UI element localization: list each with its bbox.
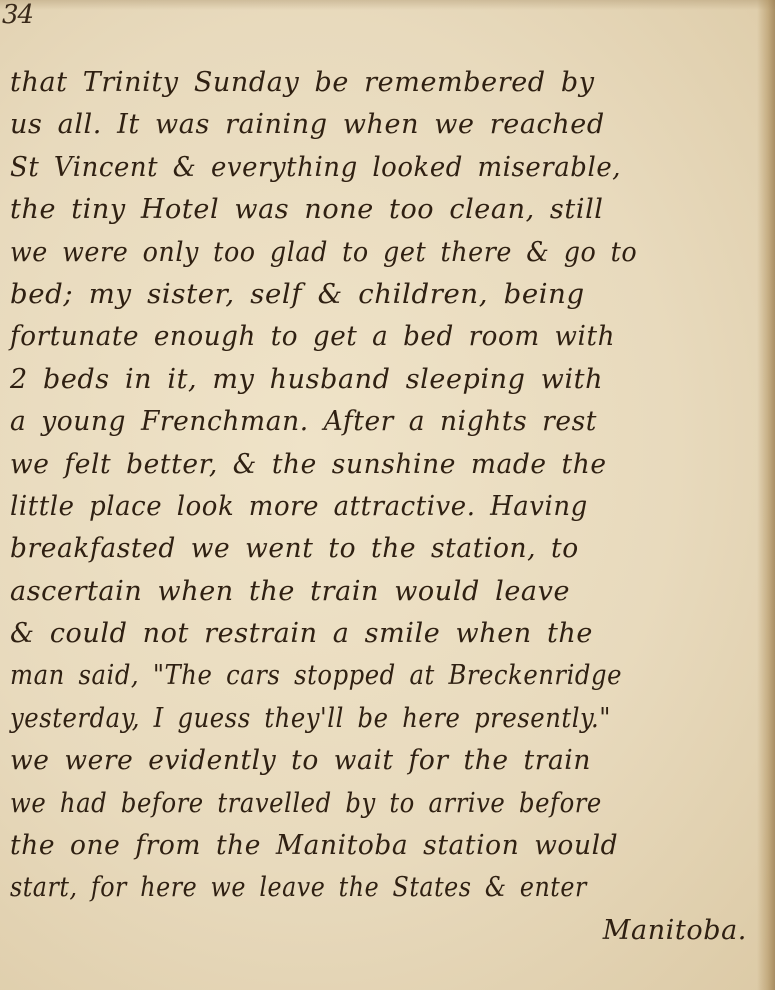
text-line: 2 beds in it, my husband sleeping with xyxy=(10,359,765,401)
text-line: little place look more attractive. Havin… xyxy=(10,486,735,528)
manuscript-page: 34 that Trinity Sunday be remembered by … xyxy=(0,0,775,990)
text-line: that Trinity Sunday be remembered by xyxy=(10,62,765,104)
text-line: a young Frenchman. After a nights rest xyxy=(10,401,750,443)
text-line: bed; my sister, self & children, being xyxy=(10,274,775,316)
text-line: we had before travelled by to arrive bef… xyxy=(10,783,690,825)
text-line: the one from the Manitoba station would xyxy=(10,825,750,867)
text-line: yesterday, I guess they'll be here prese… xyxy=(10,698,690,740)
handwritten-text-body: that Trinity Sunday be remembered by us … xyxy=(10,62,765,952)
text-line: start, for here we leave the States & en… xyxy=(10,867,674,909)
page-number: 34 xyxy=(2,0,33,30)
text-line: we were only too glad to get there & go … xyxy=(10,232,720,274)
text-line: the tiny Hotel was none too clean, still xyxy=(10,189,765,231)
text-line: fortunate enough to get a bed room with xyxy=(10,316,742,358)
text-line-closing: Manitoba. xyxy=(10,910,765,952)
text-line: us all. It was raining when we reached xyxy=(10,104,765,146)
text-line: we were evidently to wait for the train xyxy=(10,740,750,782)
text-line: ascertain when the train would leave xyxy=(10,571,765,613)
text-line: we felt better, & the sunshine made the xyxy=(10,444,750,486)
text-line: breakfasted we went to the station, to xyxy=(10,528,750,570)
text-line: man said, "The cars stopped at Breckenri… xyxy=(10,655,690,697)
text-line: St Vincent & everything looked miserable… xyxy=(10,147,735,189)
text-line: & could not restrain a smile when the xyxy=(10,613,765,655)
